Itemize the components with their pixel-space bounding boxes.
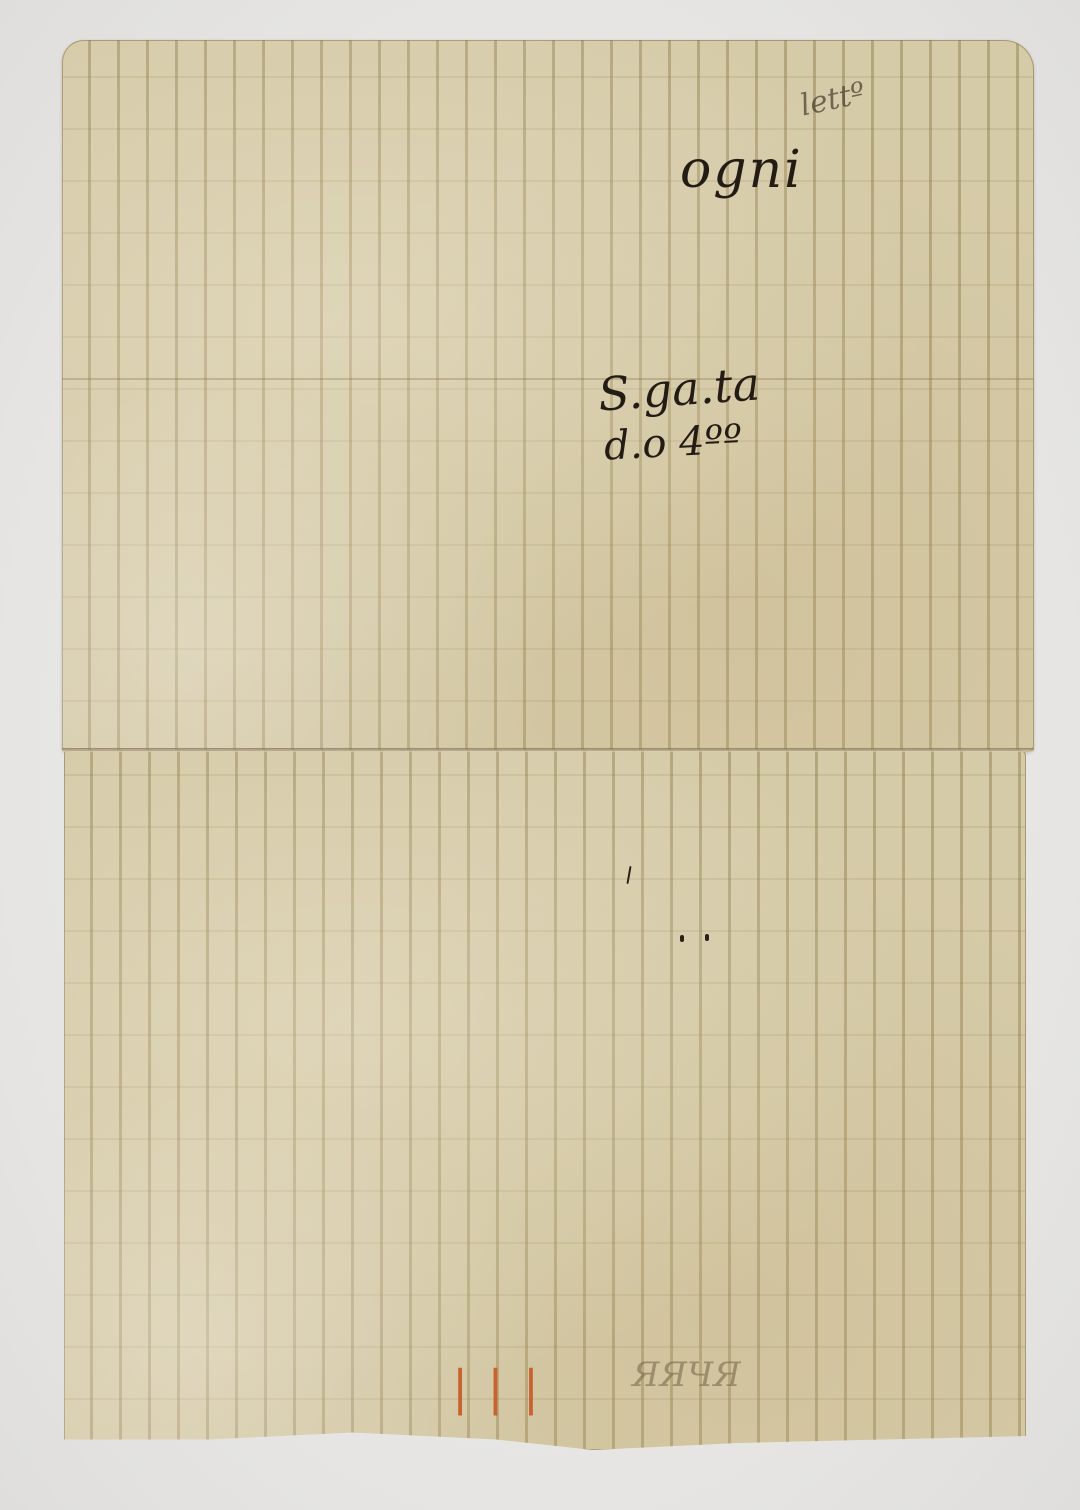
ink-speck <box>705 934 709 941</box>
annotation-middle-line2: d.o 4ºº <box>603 416 743 469</box>
annotation-faded-bottom: ЯЯЧЯ <box>632 1355 741 1395</box>
document-bottom-half <box>64 750 1026 1450</box>
fold-line <box>62 748 1034 752</box>
annotation-red-marks: | | | <box>452 1360 541 1416</box>
annotation-middle-line1: S.ga.ta <box>596 356 761 421</box>
annotation-top-right-main: ogni <box>680 140 803 200</box>
ink-speck <box>680 935 684 942</box>
horizontal-crease <box>62 378 1034 380</box>
document-top-half <box>62 40 1034 752</box>
